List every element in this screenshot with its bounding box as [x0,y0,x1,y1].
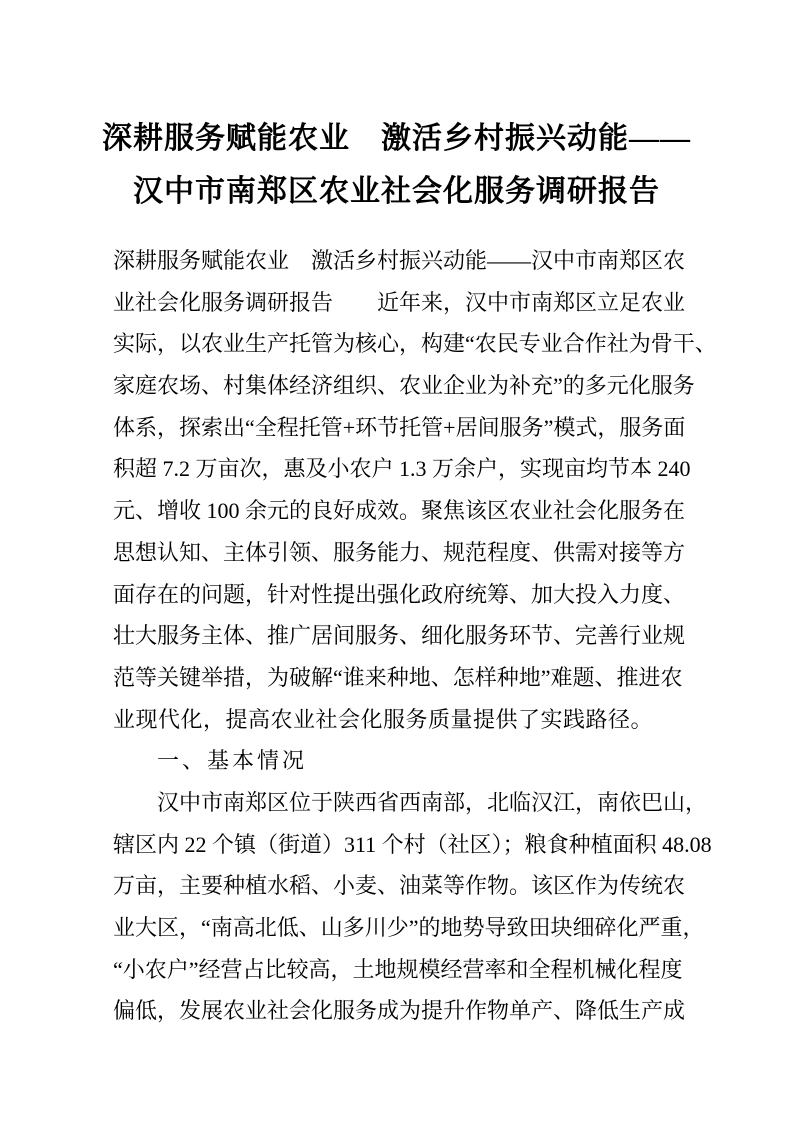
section-heading-basic-situation: 一、基本情况 [113,740,681,782]
document-title-line-2: 汉中市南郑区农业社会化服务调研报告 [87,165,707,218]
body-line-9: 面存在的问题，针对性提出强化政府统筹、加大投入力度、 [113,574,681,616]
body-line-3: 实际，以农业生产托管为核心，构建“农民专业合作社为骨干、 [113,323,681,365]
body-line-5: 体系，探索出“全程托管+环节托管+居间服务”模式，服务面 [113,407,681,449]
body-line-6: 积超 7.2 万亩次，惠及小农户 1.3 万余户，实现亩均节本 240 [113,448,681,490]
body-line-10: 壮大服务主体、推广居间服务、细化服务环节、完善行业规 [113,615,681,657]
document-page: 深耕服务赋能农业 激活乡村振兴动能—— 汉中市南郑区农业社会化服务调研报告 深耕… [0,0,793,1122]
document-title-line-1: 深耕服务赋能农业 激活乡村振兴动能—— [87,112,707,165]
body-line-4: 家庭农场、村集体经济组织、农业企业为补充”的多元化服务 [113,365,681,407]
body-line-7: 元、增收 100 余元的良好成效。聚焦该区农业社会化服务在 [113,490,681,532]
body-line-14: 汉中市南郑区位于陕西省西南部，北临汉江，南依巴山， [113,782,681,824]
body-line-2: 业社会化服务调研报告 近年来，汉中市南郑区立足农业 [113,282,681,324]
body-line-12: 业现代化，提高农业社会化服务质量提供了实践路径。 [113,699,681,741]
body-line-18: “小农户”经营占比较高，土地规模经营率和全程机械化程度 [113,949,681,991]
body-line-17: 业大区，“南高北低、山多川少”的地势导致田块细碎化严重， [113,907,681,949]
body-line-11: 范等关键举措，为破解“谁来种地、怎样种地”难题、推进农 [113,657,681,699]
body-line-8: 思想认知、主体引领、服务能力、规范程度、供需对接等方 [113,532,681,574]
document-title: 深耕服务赋能农业 激活乡村振兴动能—— 汉中市南郑区农业社会化服务调研报告 [87,112,707,218]
body-line-19: 偏低，发展农业社会化服务成为提升作物单产、降低生产成 [113,990,681,1032]
body-line-1: 深耕服务赋能农业 激活乡村振兴动能——汉中市南郑区农 [113,240,681,282]
body-line-15: 辖区内 22 个镇（街道）311 个村（社区）；粮食种植面积 48.08 [113,824,681,866]
body-line-16: 万亩，主要种植水稻、小麦、油菜等作物。该区作为传统农 [113,865,681,907]
document-body: 深耕服务赋能农业 激活乡村振兴动能——汉中市南郑区农 业社会化服务调研报告 近年… [113,240,681,1032]
